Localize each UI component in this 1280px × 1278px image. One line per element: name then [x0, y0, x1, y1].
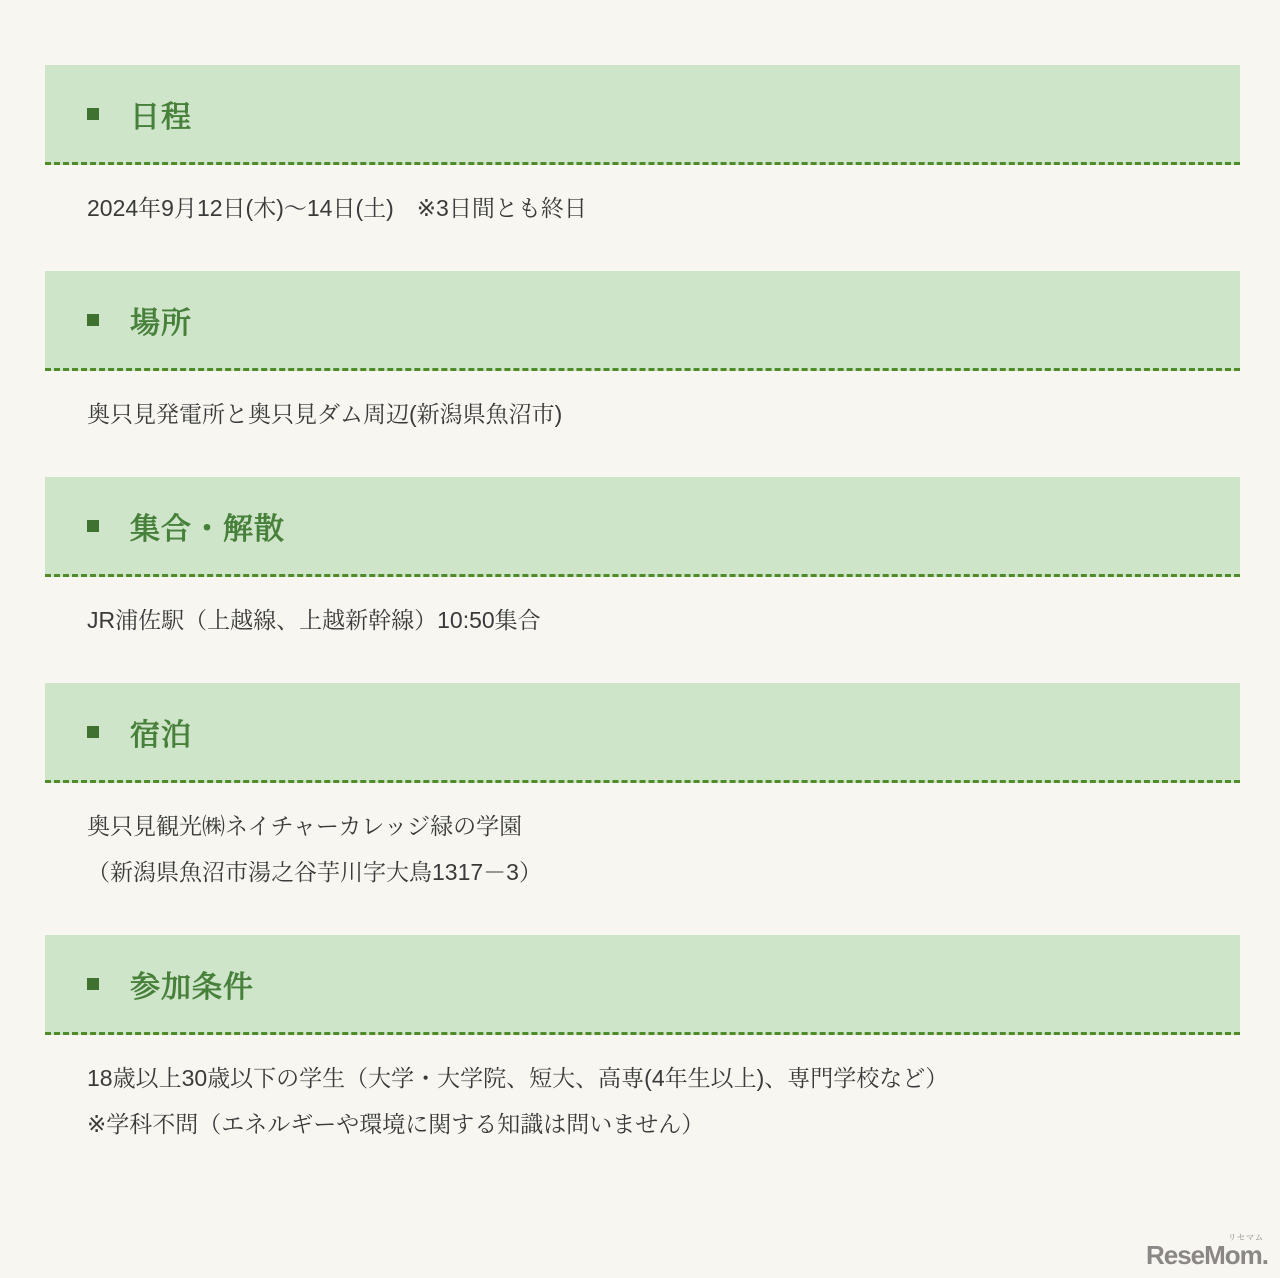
section-meeting-dispersal-content: JR浦佐駅（上越線、上越新幹線）10:50集合 — [45, 577, 1240, 643]
content-line: 奥只見発電所と奥只見ダム周辺(新潟県魚沼市) — [87, 391, 1240, 437]
square-bullet-icon — [87, 314, 99, 326]
content-line: JR浦佐駅（上越線、上越新幹線）10:50集合 — [87, 597, 1240, 643]
section-title: 日程 — [130, 92, 192, 136]
square-bullet-icon — [87, 520, 99, 532]
section-title: 宿泊 — [130, 710, 192, 754]
section-title: 場所 — [130, 298, 192, 342]
section-requirements-content: 18歳以上30歳以下の学生（大学・大学院、短大、高専(4年生以上)、専門学校など… — [45, 1035, 1240, 1147]
section-requirements: 参加条件 18歳以上30歳以下の学生（大学・大学院、短大、高専(4年生以上)、専… — [45, 935, 1240, 1147]
section-location: 場所 奥只見発電所と奥只見ダム周辺(新潟県魚沼市) — [45, 271, 1240, 437]
section-schedule-content: 2024年9月12日(木)～14日(土) ※3日間とも終日 — [45, 165, 1240, 231]
content-line: 18歳以上30歳以下の学生（大学・大学院、短大、高専(4年生以上)、専門学校など… — [87, 1055, 1240, 1101]
section-lodging: 宿泊 奥只見観光㈱ネイチャーカレッジ緑の学園 （新潟県魚沼市湯之谷芋川字大鳥13… — [45, 683, 1240, 895]
content-line: （新潟県魚沼市湯之谷芋川字大鳥1317－3） — [87, 849, 1240, 895]
resemom-logo-text: ReseMom. — [1146, 1242, 1268, 1268]
event-details: 日程 2024年9月12日(木)～14日(土) ※3日間とも終日 場所 奥只見発… — [45, 65, 1240, 1187]
content-line: ※学科不問（エネルギーや環境に関する知識は問いません） — [87, 1101, 1240, 1147]
square-bullet-icon — [87, 978, 99, 990]
section-schedule-header: 日程 — [45, 65, 1240, 165]
section-meeting-dispersal-header: 集合・解散 — [45, 477, 1240, 577]
square-bullet-icon — [87, 726, 99, 738]
section-title: 集合・解散 — [130, 504, 285, 548]
section-requirements-header: 参加条件 — [45, 935, 1240, 1035]
content-line: 奥只見観光㈱ネイチャーカレッジ緑の学園 — [87, 803, 1240, 849]
section-location-header: 場所 — [45, 271, 1240, 371]
content-line: 2024年9月12日(木)～14日(土) ※3日間とも終日 — [87, 185, 1240, 231]
resemom-logo: リセマム ReseMom. — [1146, 1234, 1268, 1268]
section-title: 参加条件 — [130, 962, 254, 1006]
section-schedule: 日程 2024年9月12日(木)～14日(土) ※3日間とも終日 — [45, 65, 1240, 231]
section-lodging-content: 奥只見観光㈱ネイチャーカレッジ緑の学園 （新潟県魚沼市湯之谷芋川字大鳥1317－… — [45, 783, 1240, 895]
section-meeting-dispersal: 集合・解散 JR浦佐駅（上越線、上越新幹線）10:50集合 — [45, 477, 1240, 643]
section-lodging-header: 宿泊 — [45, 683, 1240, 783]
square-bullet-icon — [87, 108, 99, 120]
section-location-content: 奥只見発電所と奥只見ダム周辺(新潟県魚沼市) — [45, 371, 1240, 437]
